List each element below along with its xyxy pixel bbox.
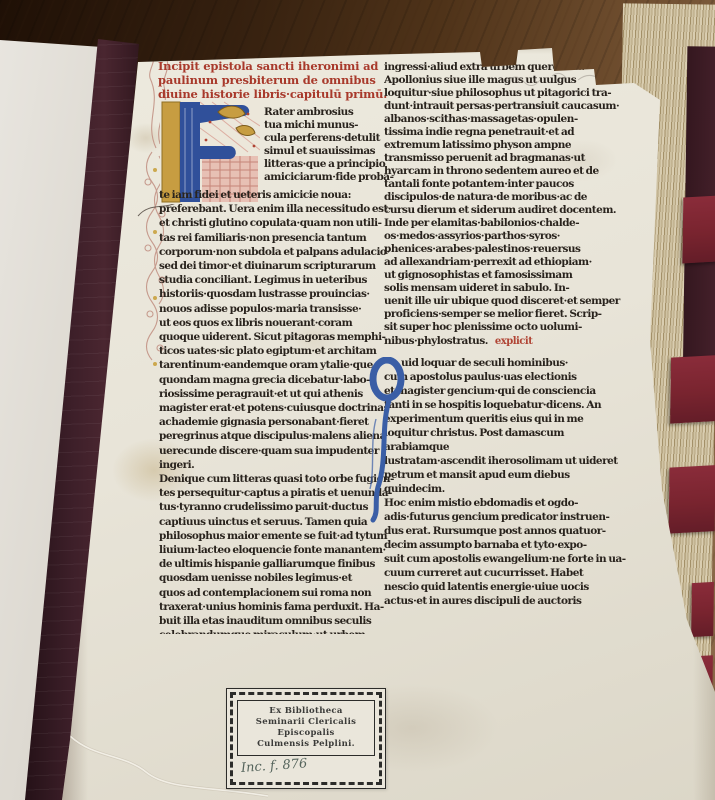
index-tab [691, 582, 714, 637]
index-tab [670, 355, 715, 424]
index-tab [669, 465, 715, 534]
text-column-right: ingressi·aliud extra urbem quererent. Ap… [384, 61, 629, 610]
explicit-line: nibus·phylostratus.explicit [384, 335, 629, 347]
manuscript-page: Incipit epistola sancti iheronimi ad pau… [62, 40, 715, 800]
text-column-left: te iam fidei et ueteris amicicie noua: p… [159, 188, 402, 634]
inline-rubric-explicit: explicit [495, 336, 532, 347]
rubric-incipit: Incipit epistola sancti iheronimi ad pau… [158, 60, 408, 101]
bookplate-text: Ex Bibliotheca Seminarii Clericalis Epis… [237, 700, 375, 756]
index-tab [682, 195, 715, 263]
library-bookplate: Ex Bibliotheca Seminarii Clericalis Epis… [226, 688, 386, 789]
second-paragraph: uid loquar de seculi hominibus· cum apos… [384, 356, 629, 610]
illuminated-initial-Q [367, 357, 405, 523]
text-column-right-lower: uid loquar de seculi hominibus· cum apos… [384, 356, 629, 610]
bookplate-ornamental-frame: Ex Bibliotheca Seminarii Clericalis Epis… [230, 692, 382, 785]
text-column-right-upper: ingressi·aliud extra urbem quererent. Ap… [384, 61, 629, 335]
text-column-left-opening: Rater ambrosius tua michi munus- cula pe… [264, 106, 402, 184]
explicit-line-black: nibus·phylostratus. [384, 335, 488, 347]
